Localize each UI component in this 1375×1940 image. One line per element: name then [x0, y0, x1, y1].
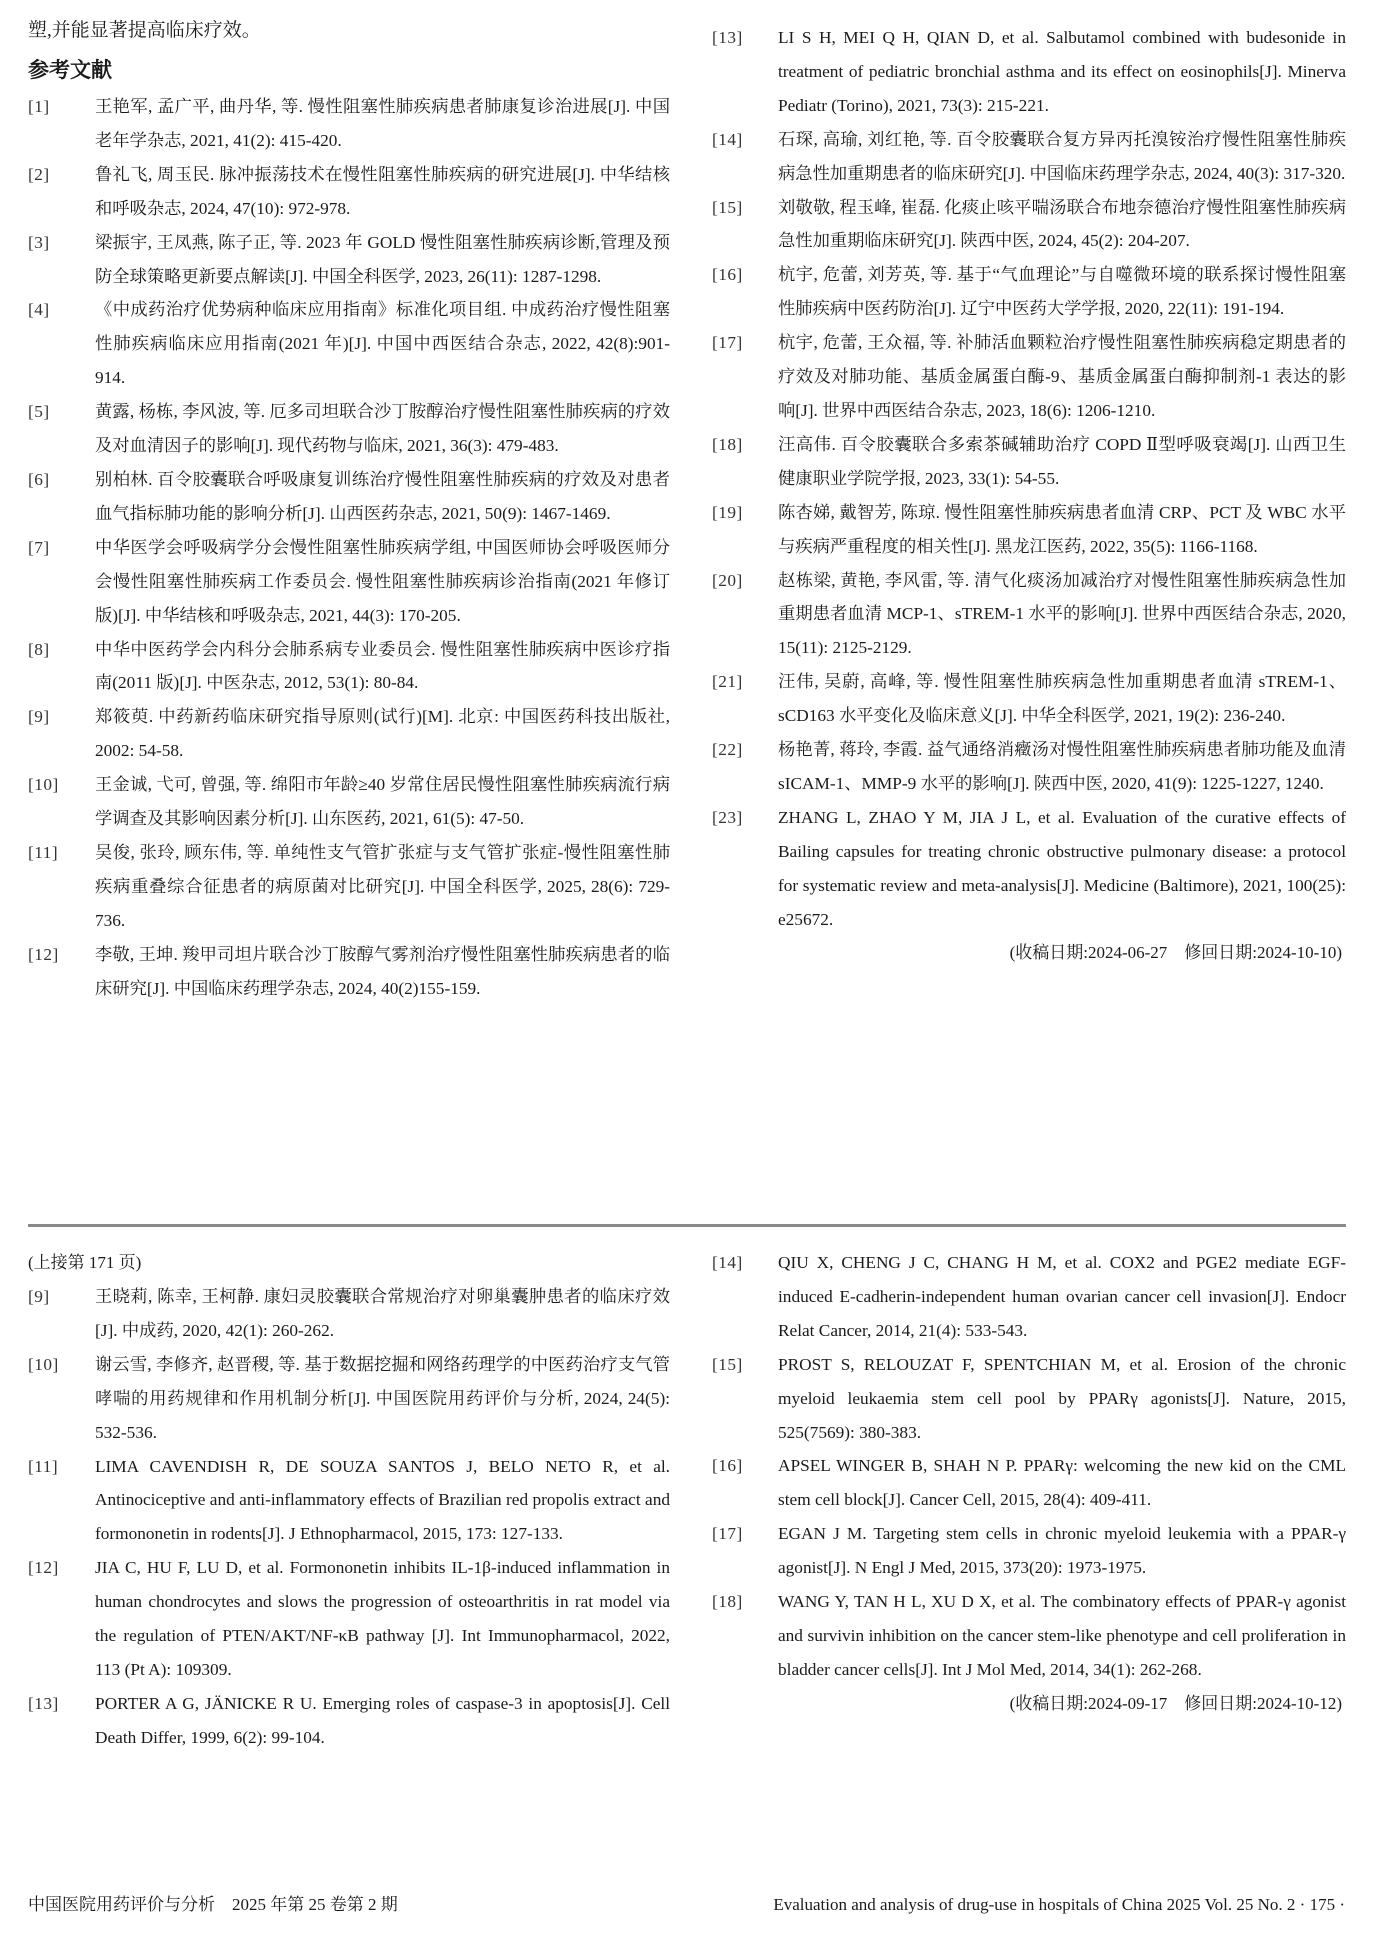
reference-number: [11] — [28, 1450, 95, 1484]
reference-text: 杨艳菁, 蒋玲, 李霞. 益气通络消癥汤对慢性阻塞性肺疾病患者肺功能及血清 sI… — [778, 733, 1346, 801]
reference-text: 郑筱萸. 中药新药临床研究指导原则(试行)[M]. 北京: 中国医药科技出版社,… — [95, 700, 670, 768]
reference-item: [2]鲁礼飞, 周玉民. 脉冲振荡技术在慢性阻塞性肺疾病的研究进展[J]. 中华… — [28, 158, 670, 226]
reference-number: [20] — [712, 564, 778, 598]
reference-number: [9] — [28, 700, 95, 734]
reference-item: [4]《中成药治疗优势病种临床应用指南》标准化项目组. 中成药治疗慢性阻塞性肺疾… — [28, 293, 670, 395]
top-left-column: 塑,并能显著提高临床疗效。 参考文献 [1]王艳军, 孟广平, 曲丹华, 等. … — [28, 14, 670, 1005]
reference-number: [10] — [28, 768, 95, 802]
article-divider — [28, 1224, 1346, 1227]
reference-text: 梁振宇, 王凤燕, 陈子正, 等. 2023 年 GOLD 慢性阻塞性肺疾病诊断… — [95, 226, 670, 294]
reference-text: PROST S, RELOUZAT F, SPENTCHIAN M, et al… — [778, 1348, 1346, 1450]
reference-list: [9]王晓莉, 陈幸, 王柯静. 康妇灵胶囊联合常规治疗对卵巢囊肿患者的临床疗效… — [28, 1280, 670, 1755]
reference-item: [5]黄露, 杨栋, 李风波, 等. 厄多司坦联合沙丁胺醇治疗慢性阻塞性肺疾病的… — [28, 395, 670, 463]
reference-item: [18]汪高伟. 百令胶囊联合多索茶碱辅助治疗 COPD Ⅱ型呼吸衰竭[J]. … — [712, 428, 1346, 496]
reference-text: JIA C, HU F, LU D, et al. Formononetin i… — [95, 1551, 670, 1687]
reference-number: [14] — [712, 123, 778, 157]
reference-number: [23] — [712, 801, 778, 835]
reference-text: 王晓莉, 陈幸, 王柯静. 康妇灵胶囊联合常规治疗对卵巢囊肿患者的临床疗效[J]… — [95, 1280, 670, 1348]
received-date: (收稿日期:2024-09-17 修回日期:2024-10-12) — [712, 1687, 1346, 1721]
reference-number: [12] — [28, 1551, 95, 1585]
reference-number: [3] — [28, 226, 95, 260]
reference-text: 《中成药治疗优势病种临床应用指南》标准化项目组. 中成药治疗慢性阻塞性肺疾病临床… — [95, 293, 670, 395]
reference-item: [8]中华中医药学会内科分会肺系病专业委员会. 慢性阻塞性肺疾病中医诊疗指南(2… — [28, 633, 670, 701]
reference-item: [6]别柏林. 百令胶囊联合呼吸康复训练治疗慢性阻塞性肺疾病的疗效及对患者血气指… — [28, 463, 670, 531]
reference-text: 陈杏娣, 戴智芳, 陈琼. 慢性阻塞性肺疾病患者血清 CRP、PCT 及 WBC… — [778, 496, 1346, 564]
reference-number: [9] — [28, 1280, 95, 1314]
reference-item: [18]WANG Y, TAN H L, XU D X, et al. The … — [712, 1585, 1346, 1687]
reference-list: [1]王艳军, 孟广平, 曲丹华, 等. 慢性阻塞性肺疾病患者肺康复诊治进展[J… — [28, 90, 670, 1005]
reference-item: [1]王艳军, 孟广平, 曲丹华, 等. 慢性阻塞性肺疾病患者肺康复诊治进展[J… — [28, 90, 670, 158]
reference-text: 中华医学会呼吸病学分会慢性阻塞性肺疾病学组, 中国医师协会呼吸医师分会慢性阻塞性… — [95, 531, 670, 633]
reference-text: 杭宇, 危蕾, 刘芳英, 等. 基于“气血理论”与自噬微环境的联系探讨慢性阻塞性… — [778, 258, 1346, 326]
reference-number: [18] — [712, 1585, 778, 1619]
received-date: (收稿日期:2024-06-27 修回日期:2024-10-10) — [712, 936, 1346, 970]
top-right-column: [13]LI S H, MEI Q H, QIAN D, et al. Salb… — [712, 21, 1346, 970]
reference-text: 黄露, 杨栋, 李风波, 等. 厄多司坦联合沙丁胺醇治疗慢性阻塞性肺疾病的疗效及… — [95, 395, 670, 463]
reference-item: [16]杭宇, 危蕾, 刘芳英, 等. 基于“气血理论”与自噬微环境的联系探讨慢… — [712, 258, 1346, 326]
reference-text: 王艳军, 孟广平, 曲丹华, 等. 慢性阻塞性肺疾病患者肺康复诊治进展[J]. … — [95, 90, 670, 158]
reference-number: [15] — [712, 1348, 778, 1382]
reference-item: [9]王晓莉, 陈幸, 王柯静. 康妇灵胶囊联合常规治疗对卵巢囊肿患者的临床疗效… — [28, 1280, 670, 1348]
reference-number: [13] — [28, 1687, 95, 1721]
reference-item: [14]石琛, 高瑜, 刘红艳, 等. 百令胶囊联合复方异丙托溴铵治疗慢性阻塞性… — [712, 123, 1346, 191]
reference-text: 王金诚, 弋可, 曾强, 等. 绵阳市年龄≥40 岁常住居民慢性阻塞性肺疾病流行… — [95, 768, 670, 836]
reference-item: [22]杨艳菁, 蒋玲, 李霞. 益气通络消癥汤对慢性阻塞性肺疾病患者肺功能及血… — [712, 733, 1346, 801]
reference-number: [4] — [28, 293, 95, 327]
reference-text: 汪高伟. 百令胶囊联合多索茶碱辅助治疗 COPD Ⅱ型呼吸衰竭[J]. 山西卫生… — [778, 428, 1346, 496]
reference-item: [16]APSEL WINGER B, SHAH N P. PPARγ: wel… — [712, 1449, 1346, 1517]
reference-number: [13] — [712, 21, 778, 55]
reference-text: LI S H, MEI Q H, QIAN D, et al. Salbutam… — [778, 21, 1346, 123]
reference-number: [15] — [712, 191, 778, 225]
reference-text: EGAN J M. Targeting stem cells in chroni… — [778, 1517, 1346, 1585]
reference-item: [13]LI S H, MEI Q H, QIAN D, et al. Salb… — [712, 21, 1346, 123]
reference-list: [13]LI S H, MEI Q H, QIAN D, et al. Salb… — [712, 21, 1346, 936]
reference-number: [17] — [712, 1517, 778, 1551]
journal-footer-cn: 中国医院用药评价与分析 2025 年第 25 卷第 2 期 — [28, 1893, 398, 1917]
bottom-right-column: [14]QIU X, CHENG J C, CHANG H M, et al. … — [712, 1246, 1346, 1721]
reference-item: [15]刘敬敬, 程玉峰, 崔磊. 化痰止咳平喘汤联合布地奈德治疗慢性阻塞性肺疾… — [712, 191, 1346, 259]
reference-number: [12] — [28, 938, 95, 972]
reference-item: [9]郑筱萸. 中药新药临床研究指导原则(试行)[M]. 北京: 中国医药科技出… — [28, 700, 670, 768]
reference-text: 汪伟, 吴蔚, 高峰, 等. 慢性阻塞性肺疾病急性加重期患者血清 sTREM-1… — [778, 665, 1346, 733]
reference-number: [19] — [712, 496, 778, 530]
reference-item: [12]JIA C, HU F, LU D, et al. Formononet… — [28, 1551, 670, 1687]
reference-number: [8] — [28, 633, 95, 667]
reference-item: [17]EGAN J M. Targeting stem cells in ch… — [712, 1517, 1346, 1585]
reference-text: 杭宇, 危蕾, 王众福, 等. 补肺活血颗粒治疗慢性阻塞性肺疾病稳定期患者的疗效… — [778, 326, 1346, 428]
reference-text: WANG Y, TAN H L, XU D X, et al. The comb… — [778, 1585, 1346, 1687]
reference-item: [14]QIU X, CHENG J C, CHANG H M, et al. … — [712, 1246, 1346, 1348]
reference-text: 谢云雪, 李修齐, 赵晋稷, 等. 基于数据挖掘和网络药理学的中医药治疗支气管哮… — [95, 1348, 670, 1450]
reference-text: 别柏林. 百令胶囊联合呼吸康复训练治疗慢性阻塞性肺疾病的疗效及对患者血气指标肺功… — [95, 463, 670, 531]
reference-item: [13]PORTER A G, JÄNICKE R U. Emerging ro… — [28, 1687, 670, 1755]
reference-item: [3]梁振宇, 王凤燕, 陈子正, 等. 2023 年 GOLD 慢性阻塞性肺疾… — [28, 226, 670, 294]
reference-text: 石琛, 高瑜, 刘红艳, 等. 百令胶囊联合复方异丙托溴铵治疗慢性阻塞性肺疾病急… — [778, 123, 1346, 191]
reference-item: [11]LIMA CAVENDISH R, DE SOUZA SANTOS J,… — [28, 1450, 670, 1552]
reference-number: [22] — [712, 733, 778, 767]
reference-item: [10]谢云雪, 李修齐, 赵晋稷, 等. 基于数据挖掘和网络药理学的中医药治疗… — [28, 1348, 670, 1450]
reference-number: [1] — [28, 90, 95, 124]
reference-item: [10]王金诚, 弋可, 曾强, 等. 绵阳市年龄≥40 岁常住居民慢性阻塞性肺… — [28, 768, 670, 836]
reference-number: [14] — [712, 1246, 778, 1280]
reference-number: [7] — [28, 531, 95, 565]
reference-item: [20]赵栋梁, 黄艳, 李风雷, 等. 清气化痰汤加减治疗对慢性阻塞性肺疾病急… — [712, 564, 1346, 666]
reference-text: APSEL WINGER B, SHAH N P. PPARγ: welcomi… — [778, 1449, 1346, 1517]
reference-number: [18] — [712, 428, 778, 462]
reference-number: [6] — [28, 463, 95, 497]
reference-item: [17]杭宇, 危蕾, 王众福, 等. 补肺活血颗粒治疗慢性阻塞性肺疾病稳定期患… — [712, 326, 1346, 428]
reference-text: 吴俊, 张玲, 顾东伟, 等. 单纯性支气管扩张症与支气管扩张症-慢性阻塞性肺疾… — [95, 836, 670, 938]
reference-item: [21]汪伟, 吴蔚, 高峰, 等. 慢性阻塞性肺疾病急性加重期患者血清 sTR… — [712, 665, 1346, 733]
preceding-text: 塑,并能显著提高临床疗效。 — [28, 14, 670, 48]
reference-item: [12]李敬, 王坤. 羧甲司坦片联合沙丁胺醇气雾剂治疗慢性阻塞性肺疾病患者的临… — [28, 938, 670, 1006]
reference-text: 中华中医药学会内科分会肺系病专业委员会. 慢性阻塞性肺疾病中医诊疗指南(2011… — [95, 633, 670, 701]
reference-text: ZHANG L, ZHAO Y M, JIA J L, et al. Evalu… — [778, 801, 1346, 937]
bottom-left-column: (上接第 171 页) [9]王晓莉, 陈幸, 王柯静. 康妇灵胶囊联合常规治疗… — [28, 1246, 670, 1755]
reference-number: [2] — [28, 158, 95, 192]
reference-text: 刘敬敬, 程玉峰, 崔磊. 化痰止咳平喘汤联合布地奈德治疗慢性阻塞性肺疾病急性加… — [778, 191, 1346, 259]
reference-number: [5] — [28, 395, 95, 429]
reference-number: [10] — [28, 1348, 95, 1382]
reference-text: PORTER A G, JÄNICKE R U. Emerging roles … — [95, 1687, 670, 1755]
reference-item: [15]PROST S, RELOUZAT F, SPENTCHIAN M, e… — [712, 1348, 1346, 1450]
journal-footer-en: Evaluation and analysis of drug-use in h… — [773, 1893, 1345, 1917]
references-heading: 参考文献 — [28, 50, 670, 90]
reference-number: [16] — [712, 1449, 778, 1483]
reference-text: 李敬, 王坤. 羧甲司坦片联合沙丁胺醇气雾剂治疗慢性阻塞性肺疾病患者的临床研究[… — [95, 938, 670, 1006]
reference-text: 赵栋梁, 黄艳, 李风雷, 等. 清气化痰汤加减治疗对慢性阻塞性肺疾病急性加重期… — [778, 564, 1346, 666]
reference-number: [17] — [712, 326, 778, 360]
reference-item: [11]吴俊, 张玲, 顾东伟, 等. 单纯性支气管扩张症与支气管扩张症-慢性阻… — [28, 836, 670, 938]
continued-from-note: (上接第 171 页) — [28, 1246, 670, 1280]
reference-list: [14]QIU X, CHENG J C, CHANG H M, et al. … — [712, 1246, 1346, 1687]
reference-item: [19]陈杏娣, 戴智芳, 陈琼. 慢性阻塞性肺疾病患者血清 CRP、PCT 及… — [712, 496, 1346, 564]
reference-text: LIMA CAVENDISH R, DE SOUZA SANTOS J, BEL… — [95, 1450, 670, 1552]
reference-text: 鲁礼飞, 周玉民. 脉冲振荡技术在慢性阻塞性肺疾病的研究进展[J]. 中华结核和… — [95, 158, 670, 226]
reference-number: [21] — [712, 665, 778, 699]
reference-number: [11] — [28, 836, 95, 870]
reference-item: [23]ZHANG L, ZHAO Y M, JIA J L, et al. E… — [712, 801, 1346, 937]
reference-text: QIU X, CHENG J C, CHANG H M, et al. COX2… — [778, 1246, 1346, 1348]
reference-item: [7]中华医学会呼吸病学分会慢性阻塞性肺疾病学组, 中国医师协会呼吸医师分会慢性… — [28, 531, 670, 633]
reference-number: [16] — [712, 258, 778, 292]
